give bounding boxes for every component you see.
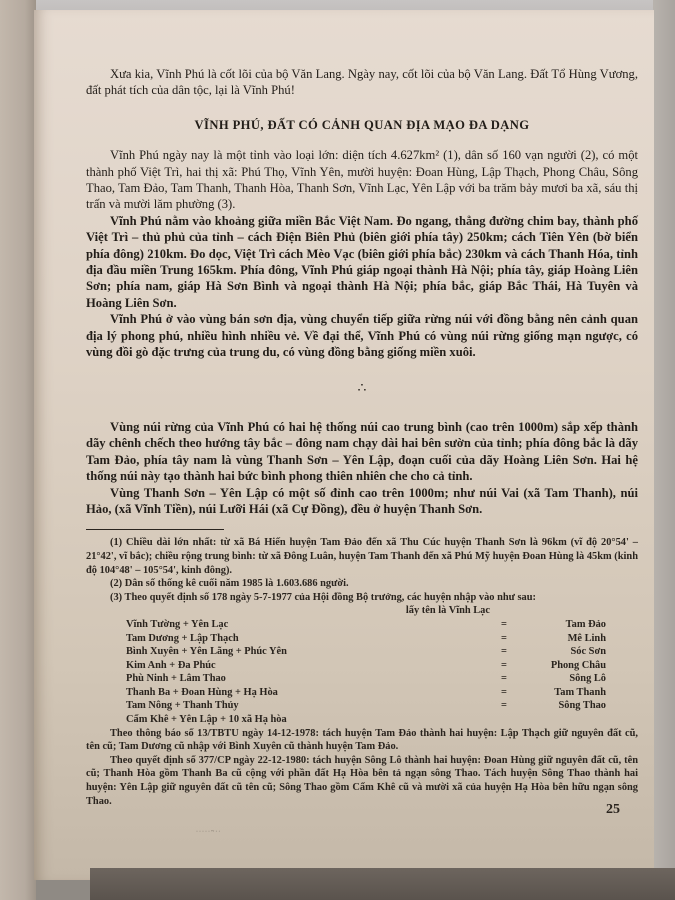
section-heading: VĨNH PHÚ, ĐẤT CÓ CẢNH QUAN ĐỊA MẠO ĐA DẠ…	[86, 117, 638, 133]
merge-from: Cẩm Khê + Yên Lập + 10 xã Hạ hòa	[126, 713, 492, 727]
merge-from: Phù Ninh + Lâm Thao	[126, 672, 492, 686]
footnote-5: Theo quyết định số 377/CP ngày 22-12-198…	[86, 754, 638, 808]
merge-from: Thanh Ba + Đoan Hùng + Hạ Hòa	[126, 686, 492, 700]
page-bottom-shadow	[90, 868, 675, 900]
merge-to: Tam Đảo	[516, 618, 606, 632]
print-mark: ·····~··	[196, 829, 221, 835]
footnote-3: (3) Theo quyết định số 178 ngày 5-7-1977…	[86, 591, 638, 605]
section-separator: ∴	[86, 381, 638, 397]
previous-page-edge	[0, 0, 36, 900]
merge-row: Thanh Ba + Đoan Hùng + Hạ Hòa=Tam Thanh	[126, 686, 606, 700]
merge-row: Vĩnh Tường + Yên Lạc=Tam Đảo	[126, 618, 606, 632]
footnote-2: (2) Dân số thống kê cuối năm 1985 là 1.6…	[86, 577, 638, 591]
merge-from: Tam Dương + Lập Thạch	[126, 632, 492, 646]
merge-equals: =	[492, 672, 516, 686]
merge-to: Sóc Sơn	[516, 645, 606, 659]
merge-row: Bình Xuyên + Yên Lãng + Phúc Yên=Sóc Sơn	[126, 645, 606, 659]
paragraph-peaks: Vùng Thanh Sơn – Yên Lập có một số đỉnh …	[86, 485, 638, 518]
merge-from: Kim Anh + Đa Phúc	[126, 659, 492, 673]
footnotes: (1) Chiều dài lớn nhất: từ xã Bá Hiến hu…	[86, 536, 638, 808]
footnote-divider	[86, 529, 224, 530]
merge-equals: =	[492, 632, 516, 646]
footnote-4: Theo thông báo số 13/TBTU ngày 14-12-197…	[86, 727, 638, 754]
merge-to: Mê Linh	[516, 632, 606, 646]
paragraph-mountains: Vùng núi rừng của Vĩnh Phú có hai hệ thố…	[86, 419, 638, 485]
merge-caption: lấy tên là Vĩnh Lạc	[86, 604, 638, 618]
background-right	[653, 0, 675, 900]
merge-from: Vĩnh Tường + Yên Lạc	[126, 618, 492, 632]
merge-equals: =	[492, 645, 516, 659]
merge-equals: =	[492, 686, 516, 700]
merge-equals	[492, 713, 516, 727]
merge-row: Tam Dương + Lập Thạch=Mê Linh	[126, 632, 606, 646]
merge-to: Sông Lô	[516, 672, 606, 686]
merge-to: Sông Thao	[516, 699, 606, 713]
merge-to: Phong Châu	[516, 659, 606, 673]
page-content: Xưa kia, Vĩnh Phú là cốt lõi của bộ Văn …	[86, 66, 638, 808]
district-merge-table: Vĩnh Tường + Yên Lạc=Tam ĐảoTam Dương + …	[126, 618, 606, 727]
merge-row: Tam Nông + Thanh Thủy=Sông Thao	[126, 699, 606, 713]
page-number: 25	[606, 802, 620, 818]
merge-from: Tam Nông + Thanh Thủy	[126, 699, 492, 713]
intro-paragraph: Xưa kia, Vĩnh Phú là cốt lõi của bộ Văn …	[86, 66, 638, 99]
paragraph-location: Vĩnh Phú nằm vào khoảng giữa miền Bắc Vi…	[86, 213, 638, 311]
merge-to	[516, 713, 606, 727]
merge-equals: =	[492, 659, 516, 673]
merge-equals: =	[492, 699, 516, 713]
footnote-1: (1) Chiều dài lớn nhất: từ xã Bá Hiến hu…	[86, 536, 638, 577]
paragraph-terrain: Vĩnh Phú ở vào vùng bán sơn địa, vùng ch…	[86, 311, 638, 360]
merge-row: Phù Ninh + Lâm Thao=Sông Lô	[126, 672, 606, 686]
paragraph-overview: Vĩnh Phú ngày nay là một tỉnh vào loại l…	[86, 147, 638, 213]
merge-row: Cẩm Khê + Yên Lập + 10 xã Hạ hòa	[126, 713, 606, 727]
merge-equals: =	[492, 618, 516, 632]
merge-to: Tam Thanh	[516, 686, 606, 700]
merge-from: Bình Xuyên + Yên Lãng + Phúc Yên	[126, 645, 492, 659]
merge-row: Kim Anh + Đa Phúc=Phong Châu	[126, 659, 606, 673]
